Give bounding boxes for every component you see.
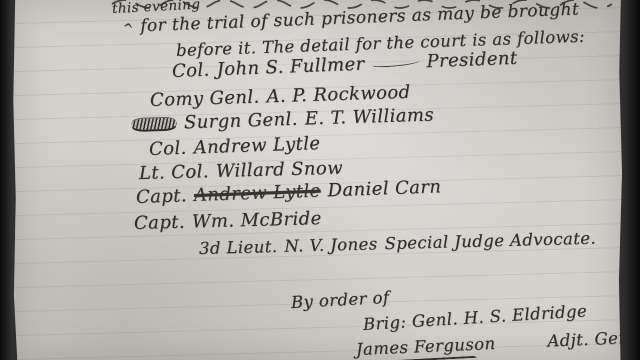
officer-name: E. T. Williams: [304, 104, 434, 129]
scan-border-right: [622, 0, 640, 360]
commander-name: Brig: Genl. H. S. Eldridge: [362, 301, 587, 334]
officer-rank: 3d Lieut.: [199, 237, 278, 258]
commander-signature: Brig: Genl. H. S. Eldridge: [362, 301, 587, 334]
struck-out-name: Andrew Lytle: [194, 181, 321, 206]
scanned-document-page: this evening ^ for the trial of such pri…: [0, 0, 640, 360]
officer-name: Willard Snow: [216, 158, 344, 182]
officer-name: John S. Fullmer: [216, 54, 365, 81]
clipped-handwriting-top-line: [0, 0, 640, 10]
officer-rank: Comy Genl.: [150, 87, 260, 111]
by-order-text: By order of: [291, 288, 390, 312]
officer-name: N. V. Jones: [284, 234, 378, 255]
officer-rank: Lt. Col.: [139, 161, 209, 184]
officer-rank: Col.: [149, 138, 187, 160]
manuscript-text-layer: this evening ^ for the trial of such pri…: [0, 0, 640, 360]
roster-line-lytle: Col. Andrew Lytle: [149, 133, 321, 160]
officer-name: Wm. McBride: [192, 208, 322, 232]
officer-name: A. P. Rockwood: [266, 82, 411, 108]
roster-line-jones: 3d Lieut. N. V. Jones Special Judge Advo…: [199, 229, 597, 258]
adjutant-signature-line: James Ferguson Adjt. Genl: [356, 328, 636, 359]
insertion-caret: ^: [121, 21, 135, 38]
officer-title: President: [426, 48, 518, 72]
pen-flourish: [371, 58, 419, 68]
officer-name: Daniel Carn: [327, 176, 441, 201]
scan-border-left: [0, 0, 13, 360]
by-order-line: By order of: [291, 288, 390, 312]
officer-rank: Capt.: [134, 212, 186, 234]
ink-scribble: [131, 118, 177, 130]
officer-rank: Capt.: [136, 185, 188, 208]
officer-rank: Col.: [172, 60, 210, 82]
officer-name: Andrew Lytle: [193, 133, 320, 158]
roster-line-mcbride: Capt. Wm. McBride: [134, 208, 322, 234]
officer-rank: Surgn Genl.: [184, 109, 298, 134]
officer-title: Special Judge Advocate.: [384, 229, 596, 254]
